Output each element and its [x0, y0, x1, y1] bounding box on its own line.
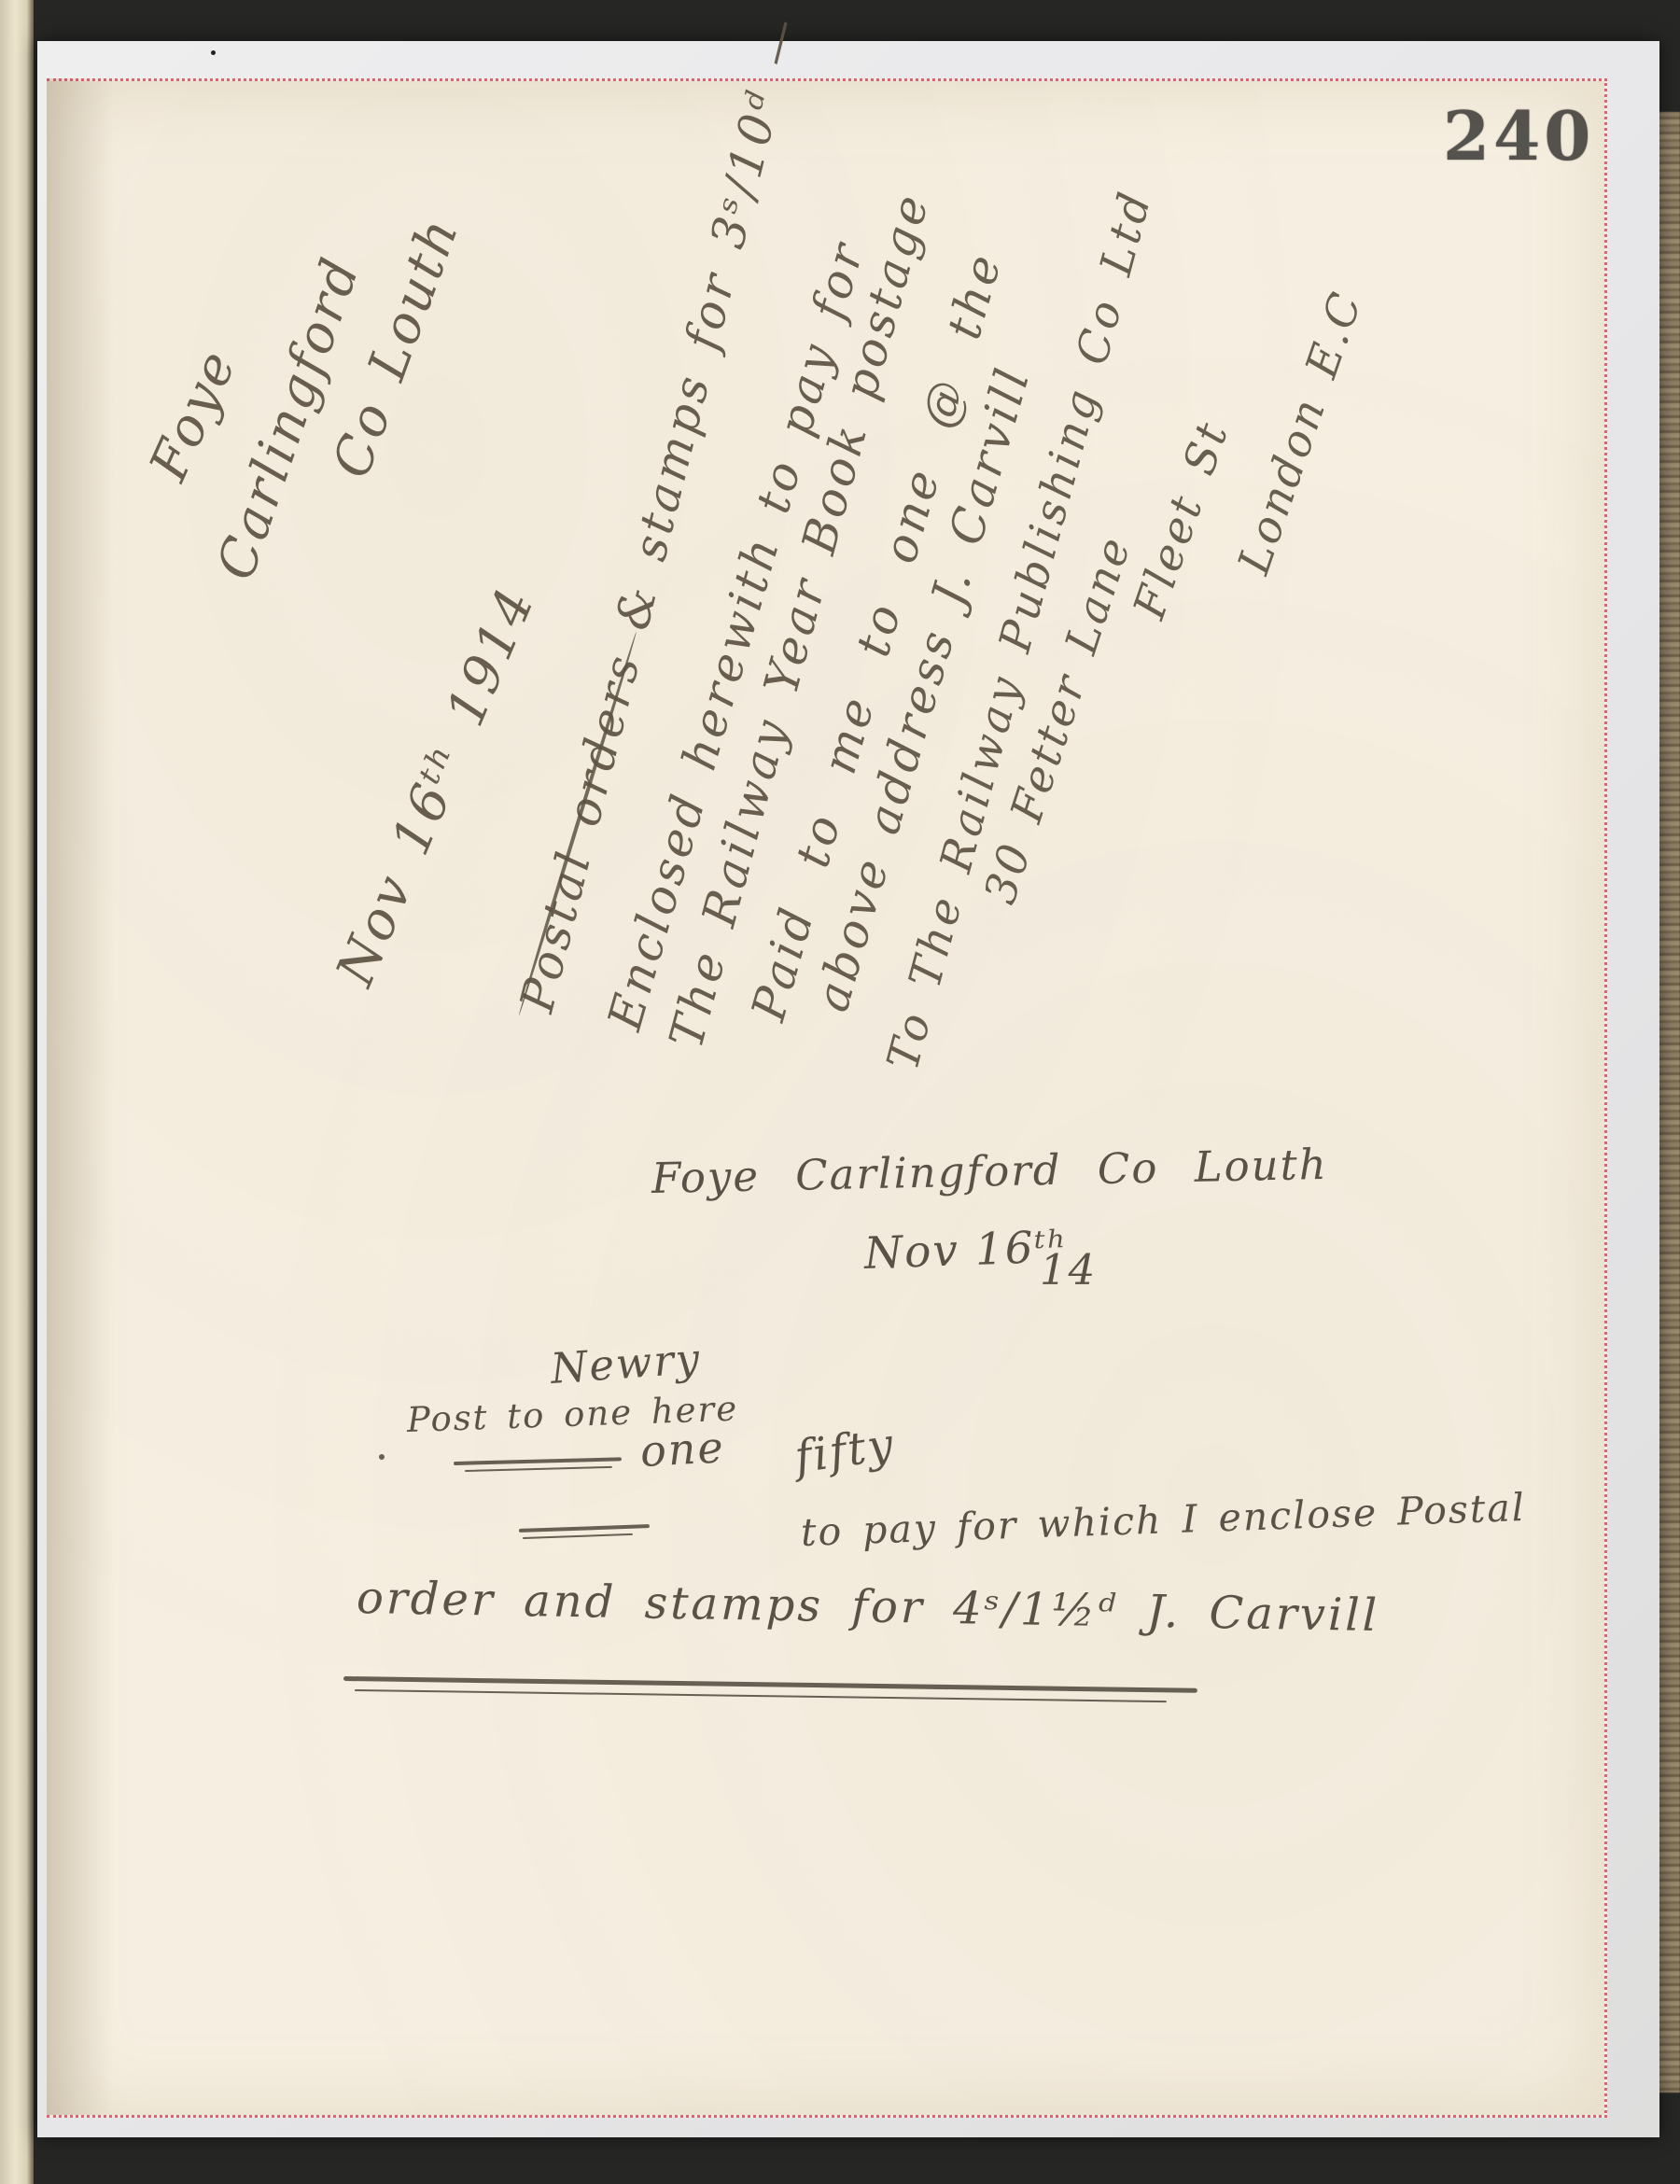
annotation-one: one — [639, 1421, 726, 1477]
page-number-stamp: 240 — [1443, 103, 1594, 170]
year-horizontal: 14 — [1040, 1245, 1097, 1295]
date-horizontal: Nov 16ᵗʰ — [863, 1221, 1069, 1280]
binding-shadow — [47, 78, 131, 2115]
previous-page-edge — [0, 0, 34, 2184]
paper-speck — [211, 50, 216, 55]
ink-dot — [379, 1454, 385, 1460]
scanned-letter-book-page: 240 Foye Carlingford Co Louth Nov 16ᵗʰ 1… — [0, 0, 1680, 2184]
annotation-newry: Newry — [549, 1334, 703, 1393]
